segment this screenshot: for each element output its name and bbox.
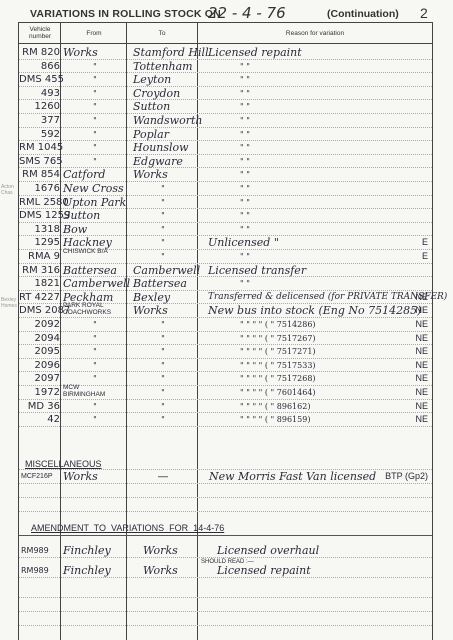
table-row: RML 2580Upton Park"" " xyxy=(19,195,432,210)
table-row: 592"Poplar" " xyxy=(19,127,432,142)
amend-corr-vehicle: RM989 xyxy=(21,563,62,577)
to-location: Works xyxy=(129,303,201,317)
status-marker: NE xyxy=(415,305,428,315)
table-row: DMS 455"Leyton" " xyxy=(19,72,432,87)
vehicle-number: SMS 765 xyxy=(19,154,60,168)
reason-text: " " xyxy=(200,249,453,263)
blank-row xyxy=(19,483,432,498)
table-row: RMA 9CHISWICK B/A"" "E xyxy=(19,249,432,264)
table-row: 2092""" " " " ( " 7514286)NE xyxy=(19,317,432,332)
amendment-corrected-row: RM989 Finchley Works Licensed repaint xyxy=(19,563,432,578)
status-marker: NE xyxy=(415,319,428,329)
vehicle-number: RM 1045 xyxy=(19,140,60,154)
to-location: Croydon xyxy=(129,86,201,100)
amend-orig-reason: Licensed overhaul xyxy=(217,543,447,557)
reason-text: Licensed transfer xyxy=(200,263,438,277)
from-location: " xyxy=(63,140,127,154)
blank-row xyxy=(19,597,432,612)
from-location: " xyxy=(63,317,127,331)
reason-text: Transferred & delicensed (for PRIVATE TR… xyxy=(200,290,438,304)
vehicle-number: 1295 xyxy=(19,235,60,249)
vehicle-number: 1318 xyxy=(19,222,60,236)
from-location: " xyxy=(63,59,127,73)
table-row: DMS 1259Sutton"" " xyxy=(19,208,432,223)
vehicle-number: 866 xyxy=(19,59,60,73)
table-row: 1821CamberwellBattersea" " xyxy=(19,276,432,291)
to-location: Camberwell xyxy=(129,263,201,277)
vehicle-number: RM 316 xyxy=(19,263,60,277)
vehicle-number: 1260 xyxy=(19,99,60,113)
header-reason: Reason for variation xyxy=(200,30,430,37)
from-location: Sutton xyxy=(63,208,127,222)
table-row: 1972MCW BIRMINGHAM"" " " " ( " 7601464)N… xyxy=(19,385,432,400)
vehicle-number: RML 2580 xyxy=(19,195,60,209)
reason-text: " " xyxy=(200,59,453,73)
to-location: Sutton xyxy=(129,99,201,113)
vehicle-number: 377 xyxy=(19,113,60,127)
to-location: Hounslow xyxy=(129,140,201,154)
table-row: MD 36""" " " " ( " 896162)NE xyxy=(19,399,432,414)
table-row: RM 1045"Hounslow" " xyxy=(19,140,432,155)
vehicle-number: 493 xyxy=(19,86,60,100)
vehicle-number: 1972 xyxy=(19,385,60,399)
vehicle-number: 42 xyxy=(19,412,60,426)
page-number: 2 xyxy=(420,5,428,21)
margin-note-1: Acton Chas xyxy=(1,184,17,196)
vehicle-number: 2092 xyxy=(19,317,60,331)
from-location: " xyxy=(63,113,127,127)
from-location: Catford xyxy=(63,167,127,181)
to-location: " xyxy=(129,358,197,372)
reason-text: " " xyxy=(200,127,453,141)
to-location: " xyxy=(129,222,197,236)
vehicle-number: 2095 xyxy=(19,344,60,358)
from-location: PARK ROYAL COACHWORKS xyxy=(63,303,123,317)
status-marker: NE xyxy=(415,292,428,302)
to-location: Edgware xyxy=(129,154,201,168)
to-location: Wandsworth xyxy=(129,113,201,127)
amend-orig-from: Finchley xyxy=(63,543,127,557)
vehicle-number: 1676 xyxy=(19,181,60,195)
table-row: 1318Bow"" " xyxy=(19,222,432,237)
amend-orig-vehicle: RM989 xyxy=(21,543,62,557)
table-row: 2097""" " " " ( " 7517268)NE xyxy=(19,371,432,386)
amend-corr-from: Finchley xyxy=(63,563,127,577)
table-row: 1676New Cross"" " xyxy=(19,181,432,196)
to-location: " xyxy=(129,331,197,345)
table-row: 2095""" " " " ( " 7517271)NE xyxy=(19,344,432,359)
reason-text: " " xyxy=(200,195,453,209)
to-location: Poplar xyxy=(129,127,201,141)
misc-heading: MISCELLANEOUS xyxy=(25,459,102,469)
amend-orig-to: Works xyxy=(129,543,211,557)
table-row: SMS 765"Edgware" " xyxy=(19,154,432,169)
from-location: Works xyxy=(63,45,127,59)
table-row: RM 854CatfordWorks" " xyxy=(19,167,432,182)
from-location: " xyxy=(63,72,127,86)
vehicle-number: RM 854 xyxy=(19,167,60,181)
misc-to: — xyxy=(129,469,197,483)
reason-text: " " xyxy=(200,167,453,181)
from-location: Peckham xyxy=(63,290,127,304)
vehicle-number: 1821 xyxy=(19,276,60,290)
status-marker: NE xyxy=(415,414,428,424)
status-marker: NE xyxy=(415,360,428,370)
from-location: Battersea xyxy=(63,263,127,277)
from-location: " xyxy=(63,331,127,345)
vehicle-number: RMA 9 xyxy=(19,249,60,263)
to-location: Stamford Hill xyxy=(129,45,201,59)
to-location: " xyxy=(129,181,197,195)
table-row: RM 316BatterseaCamberwellLicensed transf… xyxy=(19,263,432,278)
reason-text: " " xyxy=(200,208,453,222)
misc-vehicle: MCF216P xyxy=(21,469,62,483)
table-row: 2096""" " " " ( " 7517533)NE xyxy=(19,358,432,373)
to-location: " xyxy=(129,412,197,426)
document-date: 22 - 4 - 76 xyxy=(208,4,286,22)
reason-text: " " xyxy=(200,181,453,195)
vehicle-number: MD 36 xyxy=(19,399,60,413)
from-location: Hackney xyxy=(63,235,127,249)
table-row: 866"Tottenham" " xyxy=(19,59,432,74)
reason-text: New bus into stock (Eng No 7514285) xyxy=(200,303,438,317)
reason-text: " " xyxy=(200,140,453,154)
from-location: New Cross xyxy=(63,181,127,195)
vehicle-number: RM 820 xyxy=(19,45,60,59)
vehicle-number: 592 xyxy=(19,127,60,141)
reason-text: " " xyxy=(200,86,453,100)
status-marker: NE xyxy=(415,387,428,397)
status-marker: E xyxy=(422,251,428,261)
table-row: DMS 2087PARK ROYAL COACHWORKSWorksNew bu… xyxy=(19,303,432,318)
header-to: To xyxy=(129,30,195,37)
vehicle-number: 2094 xyxy=(19,331,60,345)
blank-row xyxy=(19,497,432,512)
status-marker: E xyxy=(422,237,428,247)
reason-text: " " xyxy=(200,276,453,290)
from-location: Bow xyxy=(63,222,127,236)
reason-text: " " xyxy=(200,154,453,168)
vehicle-number: 2096 xyxy=(19,358,60,372)
header-from: From xyxy=(63,30,125,37)
to-location: " xyxy=(129,371,197,385)
from-location: " xyxy=(63,344,127,358)
amendment-original-row: RM989 Finchley Works Licensed overhaul xyxy=(19,543,432,558)
to-location: " xyxy=(129,385,197,399)
from-location: CHISWICK B/A xyxy=(63,249,123,263)
blank-row xyxy=(19,611,432,626)
misc-from: Works xyxy=(63,469,127,483)
from-location: " xyxy=(63,127,127,141)
table-header: Vehicle number From To Reason for variat… xyxy=(19,23,432,44)
margin-note-2: Bexley Homes xyxy=(1,297,17,309)
to-location: " xyxy=(129,344,197,358)
from-location: " xyxy=(63,358,127,372)
table-row: 1260"Sutton" " xyxy=(19,99,432,114)
to-location: Battersea xyxy=(129,276,201,290)
to-location: Leyton xyxy=(129,72,201,86)
status-marker: NE xyxy=(415,346,428,356)
to-location: " xyxy=(129,195,197,209)
reason-text: Unlicensed " xyxy=(200,235,438,249)
reason-text: " " xyxy=(200,99,453,113)
status-marker: NE xyxy=(415,333,428,343)
table-row: 42""" " " " ( " 896159)NE xyxy=(19,412,432,427)
to-location: " xyxy=(129,235,197,249)
to-location: Bexley xyxy=(129,290,201,304)
amend-corr-reason: Licensed repaint xyxy=(217,563,447,577)
document-title: VARIATIONS IN ROLLING STOCK ON xyxy=(30,8,221,20)
to-location: Works xyxy=(129,167,201,181)
from-location: " xyxy=(63,99,127,113)
from-location: " xyxy=(63,412,127,426)
continuation-label: (Continuation) xyxy=(327,8,399,20)
variations-table: Vehicle number From To Reason for variat… xyxy=(18,22,433,640)
vehicle-number: RT 4227 xyxy=(19,290,60,304)
from-location: Upton Park xyxy=(63,195,127,209)
blank-row xyxy=(19,583,432,598)
status-marker: NE xyxy=(415,373,428,383)
table-row: RM 820WorksStamford HillLicensed repaint xyxy=(19,45,432,60)
reason-text: " " xyxy=(200,113,453,127)
reason-text: " " xyxy=(200,222,453,236)
from-location: Camberwell xyxy=(63,276,127,290)
table-row: 2094""" " " " ( " 7517267)NE xyxy=(19,331,432,346)
amendment-heading-row xyxy=(19,521,432,536)
reason-text: Licensed repaint xyxy=(200,45,438,59)
from-location: " xyxy=(63,86,127,100)
to-location: " xyxy=(129,249,197,263)
misc-marker: BTP (Gp2) xyxy=(385,471,428,481)
to-location: Tottenham xyxy=(129,59,201,73)
status-marker: NE xyxy=(415,401,428,411)
vehicle-number: DMS 2087 xyxy=(19,303,60,317)
from-location: " xyxy=(63,371,127,385)
reason-text: " " xyxy=(200,72,453,86)
from-location: MCW BIRMINGHAM xyxy=(63,385,123,399)
amend-corr-to: Works xyxy=(129,563,211,577)
to-location: " xyxy=(129,317,197,331)
from-location: " xyxy=(63,399,127,413)
from-location: " xyxy=(63,154,127,168)
table-row: 377"Wandsworth" " xyxy=(19,113,432,128)
vehicle-number: DMS 455 xyxy=(19,72,60,86)
to-location: " xyxy=(129,208,197,222)
misc-row: MCF216P Works — New Morris Fast Van lice… xyxy=(19,469,432,484)
table-row: 493"Croydon" " xyxy=(19,86,432,101)
vehicle-number: 2097 xyxy=(19,371,60,385)
to-location: " xyxy=(129,399,197,413)
header-vehicle: Vehicle number xyxy=(23,26,57,40)
vehicle-number: DMS 1259 xyxy=(19,208,60,222)
